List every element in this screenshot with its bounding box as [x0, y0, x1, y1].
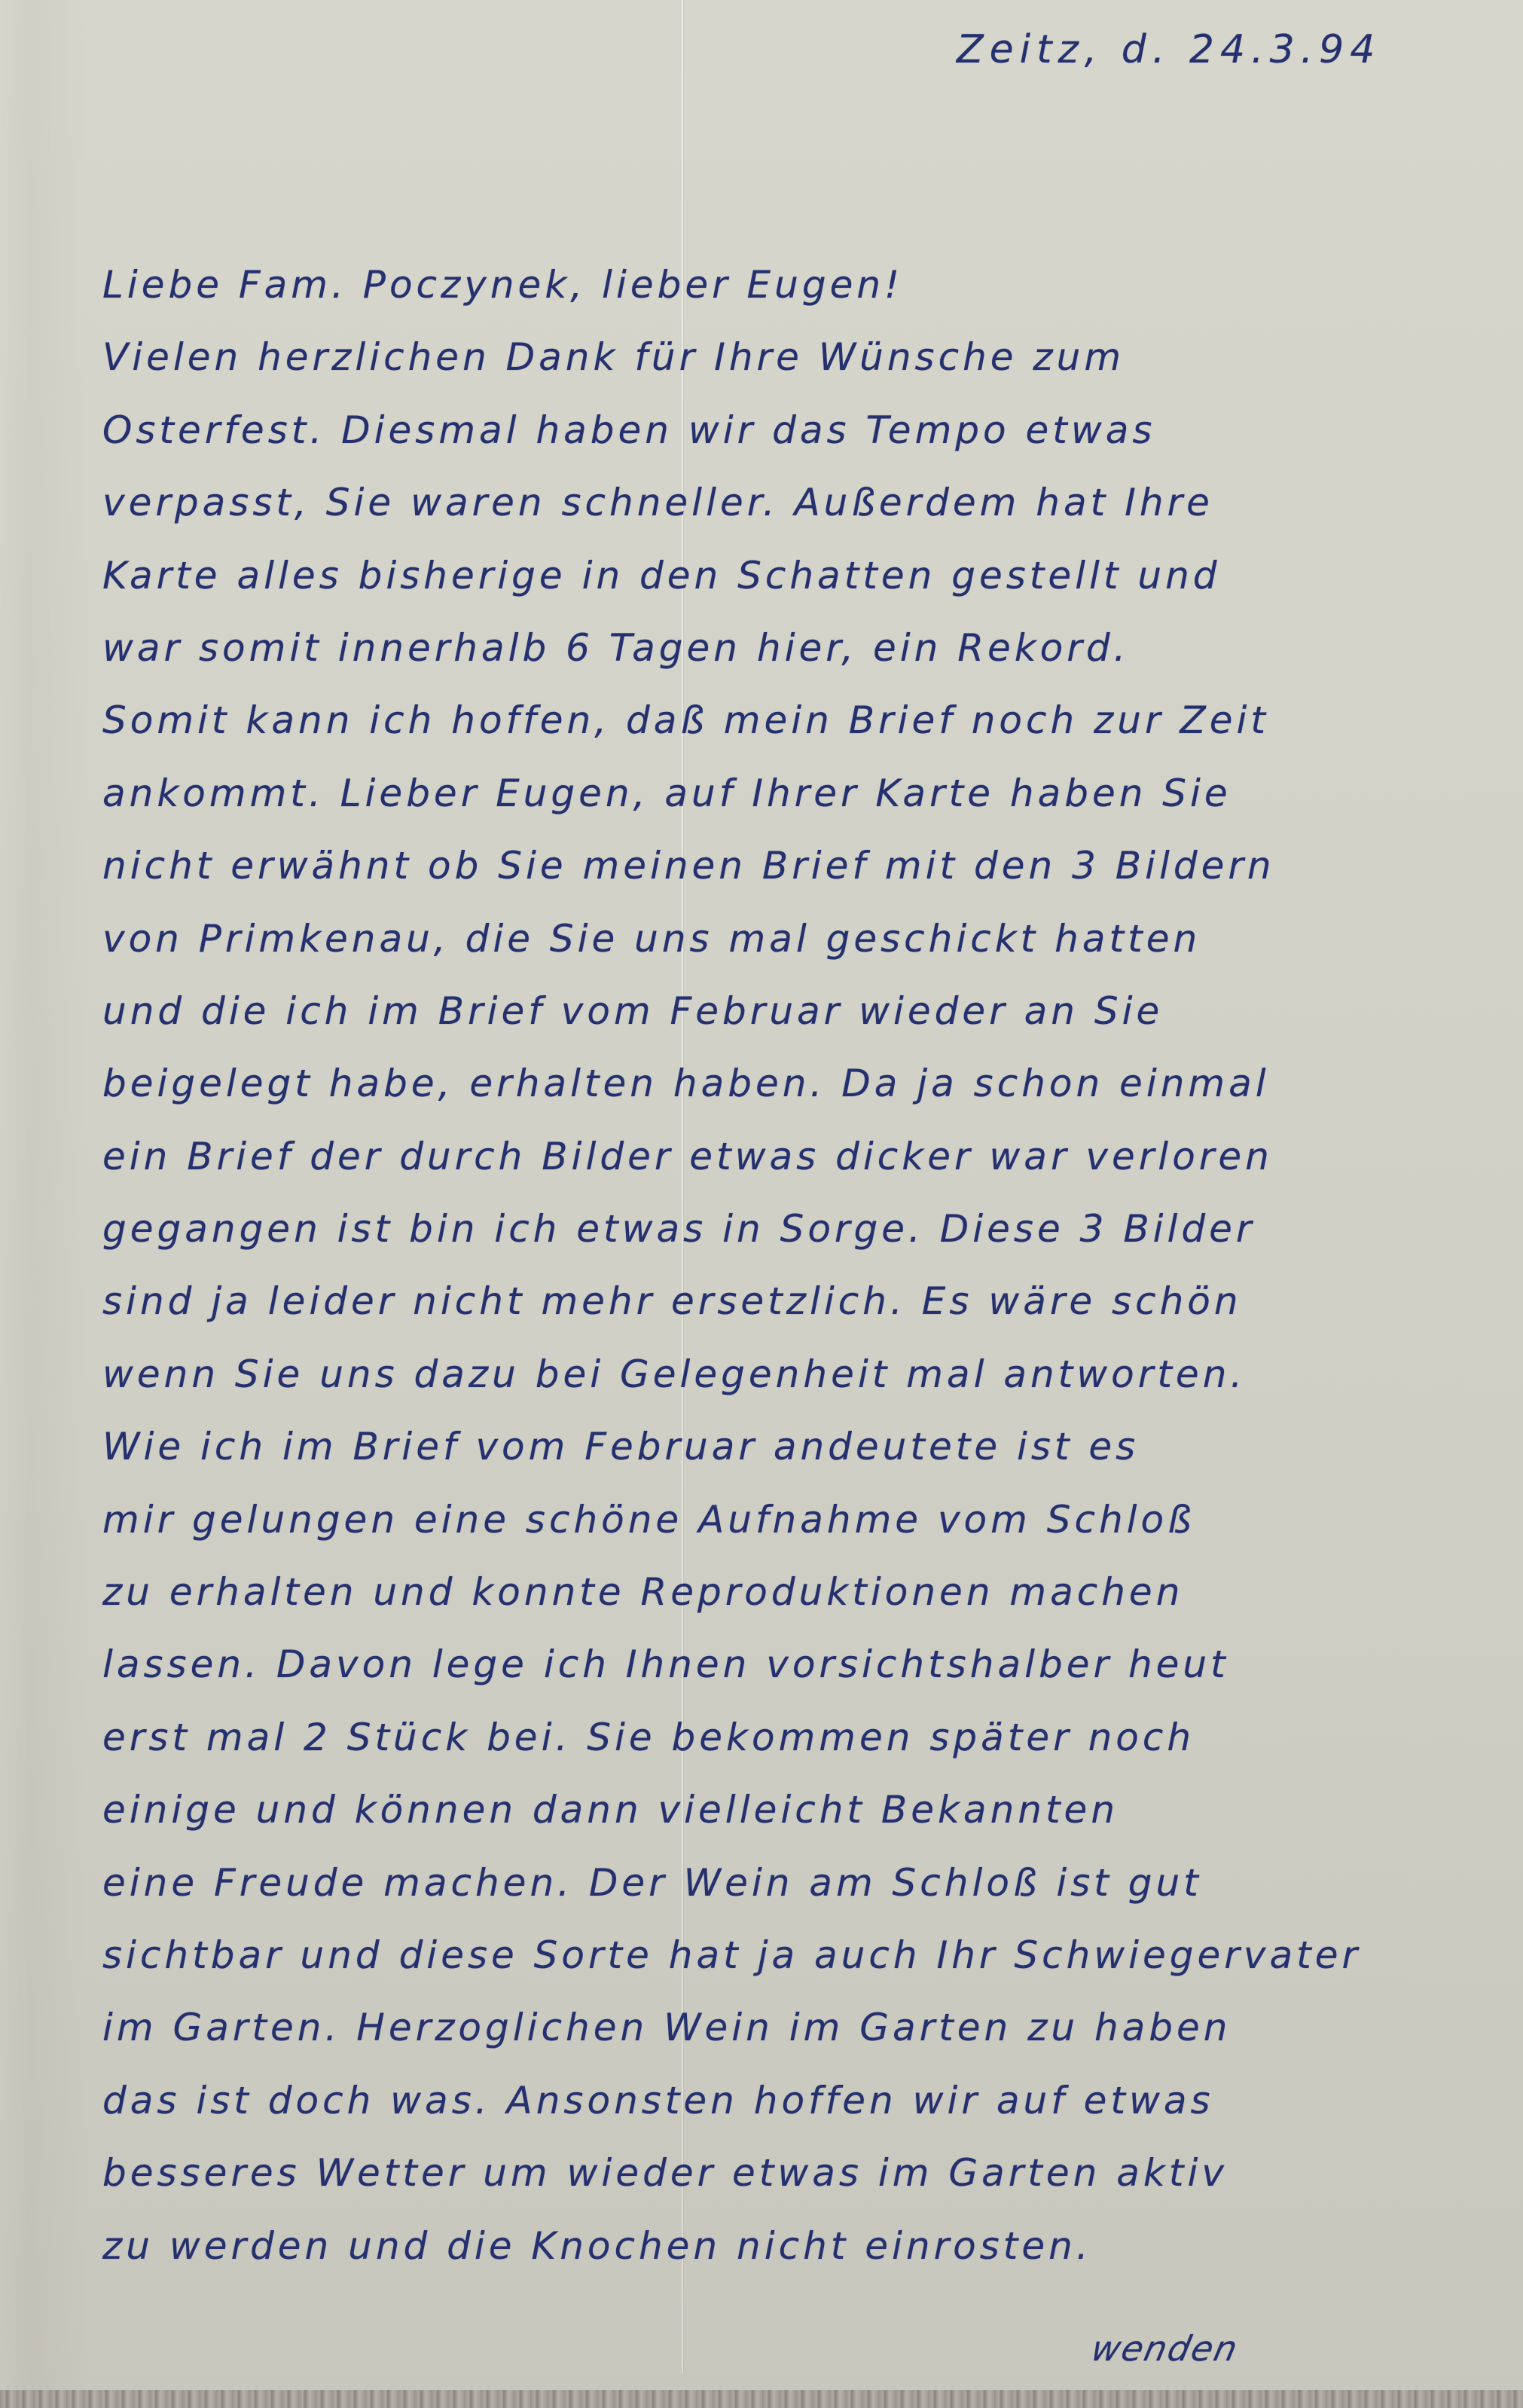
letter-line: wenn Sie uns dazu bei Gelegenheit mal an… [102, 1338, 1503, 1410]
letter-body: Liebe Fam. Poczynek, lieber Eugen! Viele… [102, 249, 1503, 2282]
letter-line: besseres Wetter um wieder etwas im Garte… [102, 2137, 1503, 2209]
letter-line: Liebe Fam. Poczynek, lieber Eugen! [102, 249, 1503, 321]
page-turn-note: wenden [1088, 2328, 1242, 2369]
letter-line: das ist doch was. Ansonsten hoffen wir a… [102, 2064, 1503, 2137]
letter-line: verpasst, Sie waren schneller. Außerdem … [102, 466, 1503, 539]
letter-line: im Garten. Herzoglichen Wein im Garten z… [102, 1991, 1503, 2064]
letter-line: ein Brief der durch Bilder etwas dicker … [102, 1120, 1503, 1193]
letter-line: beigelegt habe, erhalten haben. Da ja sc… [102, 1047, 1503, 1120]
letter-line: lassen. Davon lege ich Ihnen vorsichtsha… [102, 1628, 1503, 1701]
letter-line: Wie ich im Brief vom Februar andeutete i… [102, 1410, 1503, 1483]
letter-line: sichtbar und diese Sorte hat ja auch Ihr… [102, 1919, 1503, 1991]
letter-line: Vielen herzlichen Dank für Ihre Wünsche … [102, 321, 1503, 393]
letter-line: einige und können dann vielleicht Bekann… [102, 1774, 1503, 1846]
letter-line: sind ja leider nicht mehr ersetzlich. Es… [102, 1265, 1503, 1337]
letter-line: nicht erwähnt ob Sie meinen Brief mit de… [102, 830, 1503, 902]
letter-line: gegangen ist bin ich etwas in Sorge. Die… [102, 1193, 1503, 1265]
letter-line: zu werden und die Knochen nicht einroste… [102, 2210, 1503, 2282]
letter-line: Somit kann ich hoffen, daß mein Brief no… [102, 684, 1503, 756]
place-date: Zeitz, d. 24.3.94 [957, 27, 1381, 72]
letter-line: zu erhalten und konnte Reproduktionen ma… [102, 1556, 1503, 1628]
letter-line: und die ich im Brief vom Februar wieder … [102, 975, 1503, 1047]
letter-line: ankommt. Lieber Eugen, auf Ihrer Karte h… [102, 757, 1503, 830]
letter-line: Karte alles bisherige in den Schatten ge… [102, 539, 1503, 612]
letter-line: erst mal 2 Stück bei. Sie bekommen späte… [102, 1701, 1503, 1774]
torn-bottom-edge [0, 2390, 1523, 2408]
letter-line: eine Freude machen. Der Wein am Schloß i… [102, 1847, 1503, 1919]
letter-line: mir gelungen eine schöne Aufnahme vom Sc… [102, 1484, 1503, 1556]
letter-line: war somit innerhalb 6 Tagen hier, ein Re… [102, 612, 1503, 684]
letter-line: von Primkenau, die Sie uns mal geschickt… [102, 903, 1503, 975]
letter-line: Osterfest. Diesmal haben wir das Tempo e… [102, 394, 1503, 466]
